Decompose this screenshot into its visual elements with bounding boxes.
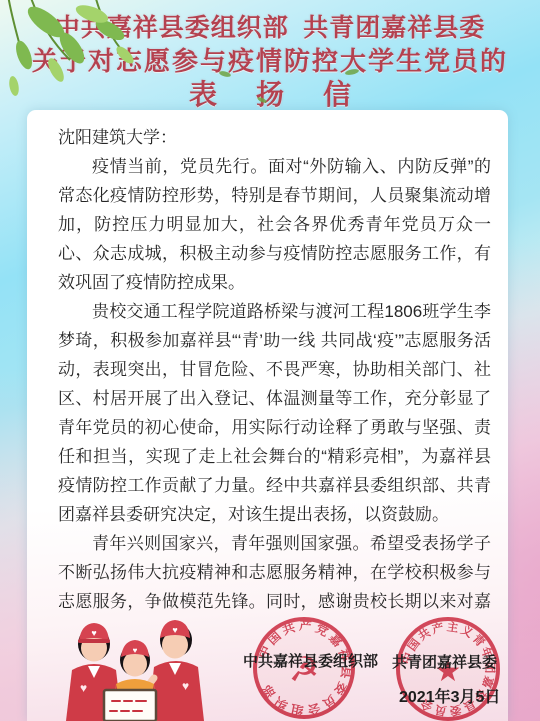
svg-text:♥: ♥ [80, 681, 87, 695]
signature-org-youth-league: 共青团嘉祥县委 [392, 651, 497, 672]
signature-date: 2021年3月5日 [399, 684, 500, 707]
paragraph-2: 贵校交通工程学院道路桥梁与渡河工程1806班学生李梦琦，积极参加嘉祥县“‘青’助… [58, 297, 491, 529]
salutation: 沈阳建筑大学： [58, 123, 491, 152]
svg-text:♥: ♥ [172, 625, 177, 635]
leaves-decoration [0, 0, 400, 120]
signature-org-party: 中共嘉祥县委组织部 [243, 650, 378, 671]
svg-text:♥: ♥ [133, 646, 138, 655]
svg-text:♥: ♥ [91, 628, 96, 638]
paragraph-3: 青年兴则国家兴，青年强则国家强。希望受表扬学子不断弘扬伟大抗疫精神和志愿服务精神… [58, 529, 491, 618]
volunteer-sign-board [104, 690, 156, 721]
letter-body: 沈阳建筑大学： 疫情当前，党员先行。面对“外防输入、内防反弹”的常态化疫情防控形… [27, 110, 508, 618]
paragraph-1: 疫情当前，党员先行。面对“外防输入、内防反弹”的常态化疫情防控形势，特别是春节期… [58, 152, 491, 297]
svg-text:♥: ♥ [182, 679, 189, 693]
commendation-letter-page: 中共嘉祥县委组织部 共青团嘉祥县委 关于对志愿参与疫情防控大学生党员的 表 扬 … [0, 0, 540, 721]
volunteers-illustration: ♥ ♥ ♥ ♥ ♥ ♥ [36, 608, 212, 721]
